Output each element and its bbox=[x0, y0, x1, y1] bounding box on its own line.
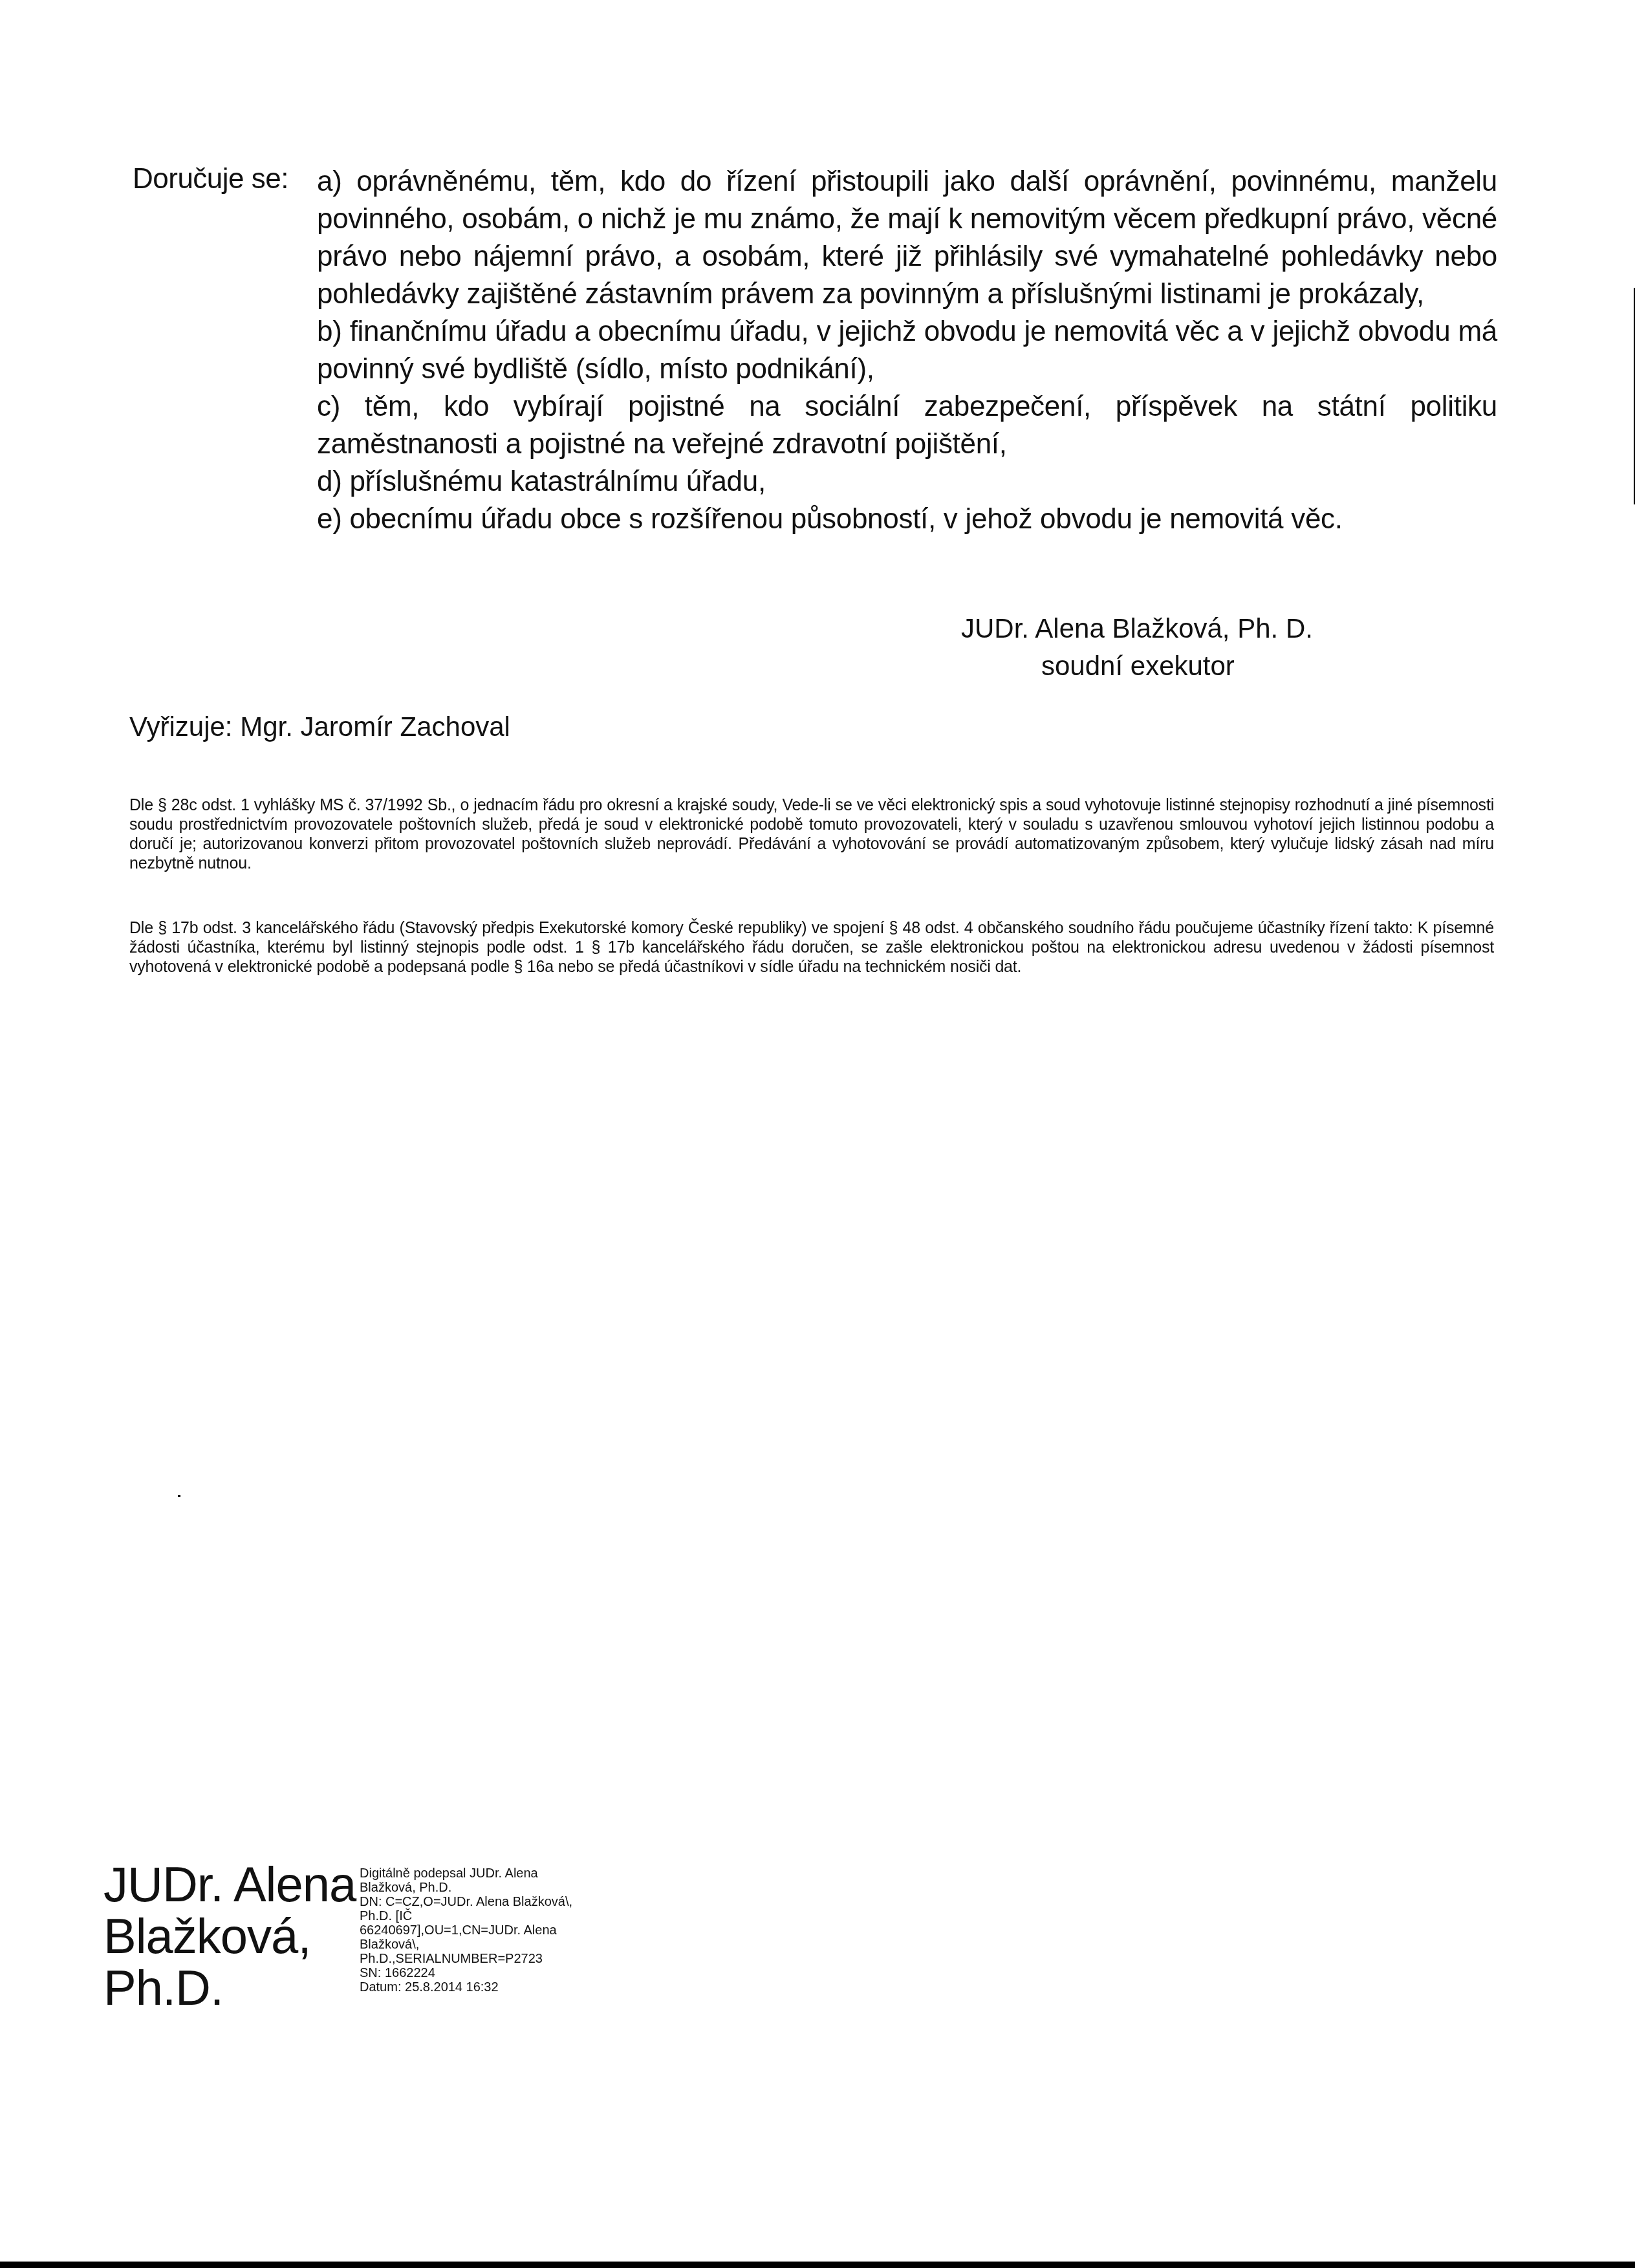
scan-bottom-edge bbox=[0, 2262, 1635, 2268]
scan-speck bbox=[178, 1495, 180, 1497]
stamp-detail-line: 66240697],OU=1,CN=JUDr. Alena bbox=[360, 1923, 644, 1938]
recipient-item-e: e) obecnímu úřadu obce s rozšířenou půso… bbox=[317, 501, 1497, 538]
handled-by: Vyřizuje: Mgr. Jaromír Zachoval bbox=[129, 711, 510, 742]
recipient-item-c: c) těm, kdo vybírají pojistné na sociáln… bbox=[317, 388, 1497, 463]
legal-notice-kancelarsky-rad: Dle § 17b odst. 3 kancelářského řádu (St… bbox=[129, 918, 1494, 977]
delivery-label: Doručuje se: bbox=[133, 163, 288, 195]
stamp-name-line: Ph.D. bbox=[103, 1963, 356, 2014]
digital-signature-name: JUDr. Alena Blažková, Ph.D. bbox=[103, 1859, 356, 2014]
stamp-detail-line: Ph.D.,SERIALNUMBER=P2723 bbox=[360, 1952, 644, 1966]
signer-name: JUDr. Alena Blažková, Ph. D. bbox=[961, 613, 1313, 644]
recipient-item-b: b) finančnímu úřadu a obecnímu úřadu, v … bbox=[317, 313, 1497, 388]
stamp-detail-line: Digitálně podepsal JUDr. Alena bbox=[360, 1866, 644, 1881]
recipient-item-a: a) oprávněnému, těm, kdo do řízení přist… bbox=[317, 163, 1497, 313]
stamp-detail-line: Datum: 25.8.2014 16:32 bbox=[360, 1980, 644, 1994]
stamp-detail-line: Ph.D. [IČ bbox=[360, 1909, 644, 1923]
stamp-name-line: Blažková, bbox=[103, 1911, 356, 1963]
digital-signature-details: Digitálně podepsal JUDr. Alena Blažková,… bbox=[360, 1866, 644, 1994]
signer-title: soudní exekutor bbox=[1041, 651, 1235, 682]
stamp-detail-line: SN: 1662224 bbox=[360, 1966, 644, 1980]
stamp-detail-line: Blažková, Ph.D. bbox=[360, 1881, 644, 1895]
stamp-detail-line: Blažková\, bbox=[360, 1938, 644, 1952]
delivery-recipients-list: a) oprávněnému, těm, kdo do řízení přist… bbox=[317, 163, 1497, 538]
legal-notice-jednaci-rad: Dle § 28c odst. 1 vyhlášky MS č. 37/1992… bbox=[129, 795, 1494, 873]
stamp-name-line: JUDr. Alena bbox=[103, 1859, 356, 1911]
stamp-detail-line: DN: C=CZ,O=JUDr. Alena Blažková\, bbox=[360, 1895, 644, 1909]
recipient-item-d: d) příslušnému katastrálnímu úřadu, bbox=[317, 463, 1497, 501]
